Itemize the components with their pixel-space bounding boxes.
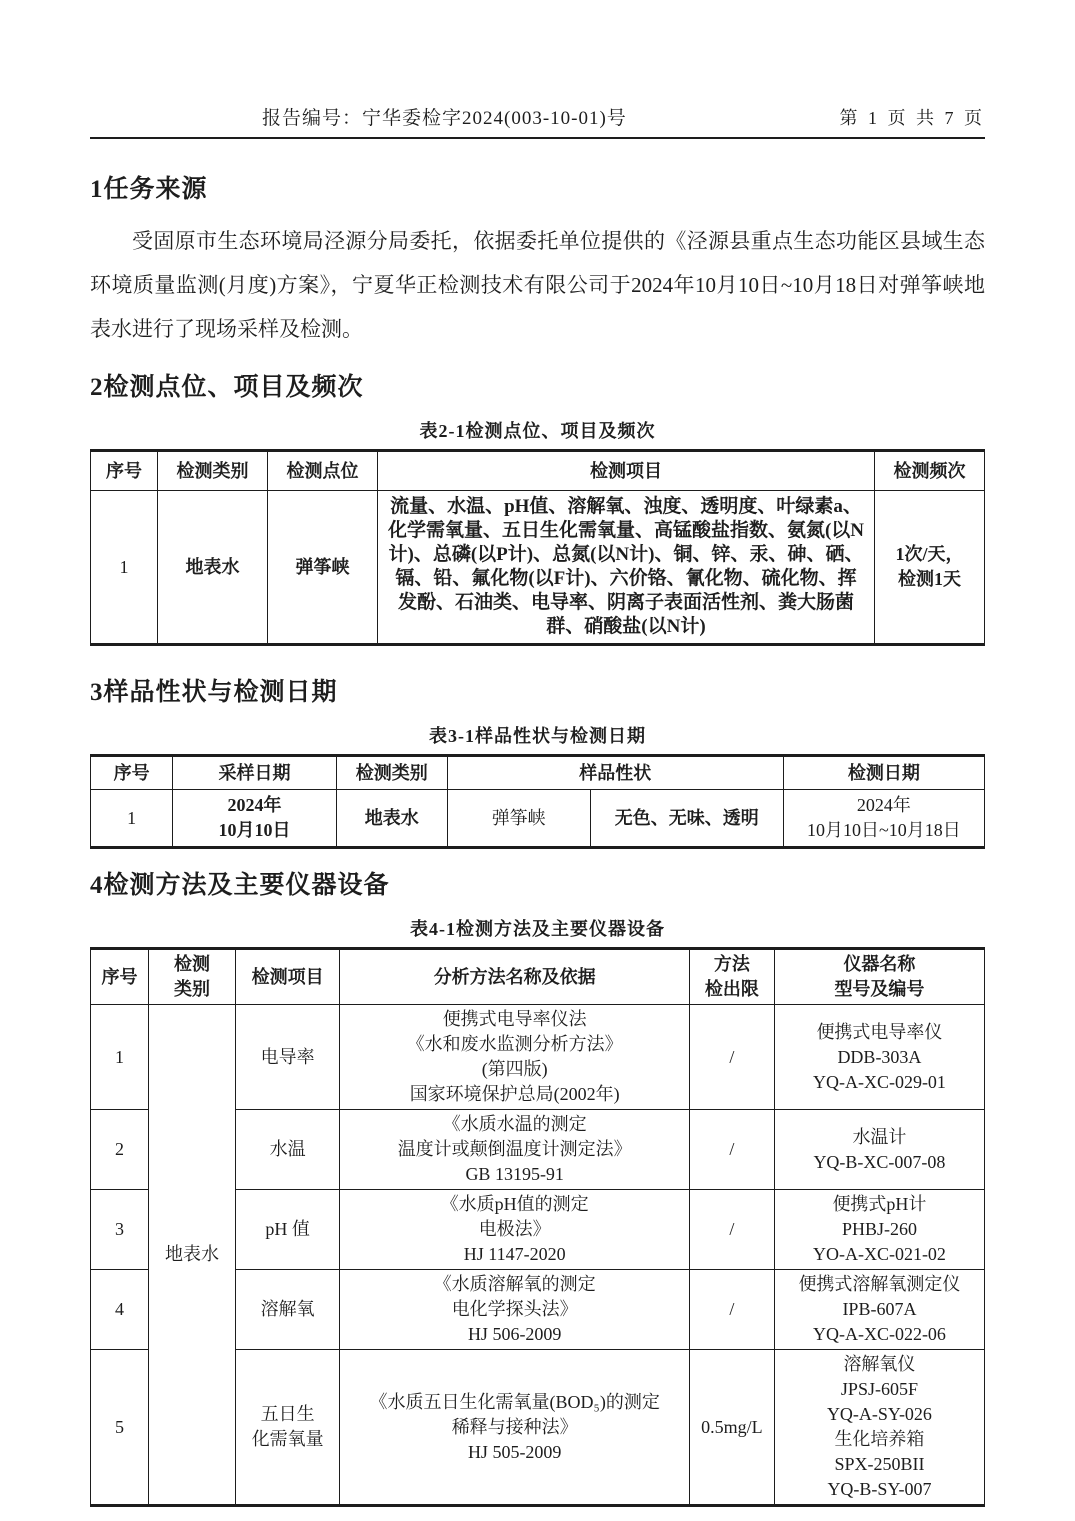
table4-header-no: 序号 bbox=[91, 949, 149, 1005]
table3-cell-test-date: 2024年 10月10日~10月18日 bbox=[783, 790, 984, 848]
table2-caption: 表2-1检测点位、项目及频次 bbox=[90, 417, 985, 443]
table4-cell-item: 水温 bbox=[235, 1110, 340, 1190]
table4-cell-instrument: 便携式溶解氧测定仪 IPB-607A YQ-A-XC-022-06 bbox=[774, 1270, 984, 1350]
table-row: 1 2024年 10月10日 地表水 弹筝峡 无色、无味、透明 2024年 10… bbox=[91, 790, 985, 848]
section4-heading: 4检测方法及主要仪器设备 bbox=[90, 865, 985, 901]
table4-cell-limit: / bbox=[689, 1270, 774, 1350]
report-number: 报告编号：宁华委检字2024(003-10-01)号 bbox=[262, 103, 627, 130]
table2-cell-frequency: 1次/天， 检测1天 bbox=[875, 491, 985, 645]
table4-cell-limit: / bbox=[689, 1110, 774, 1190]
table2-header-site: 检测点位 bbox=[268, 451, 378, 491]
section1-heading: 1任务来源 bbox=[90, 169, 985, 205]
table4-cell-instrument: 便携式电导率仪 DDB-303A YQ-A-XC-029-01 bbox=[774, 1005, 984, 1110]
table4-cell-limit: 0.5mg/L bbox=[689, 1350, 774, 1506]
table2-header-no: 序号 bbox=[91, 451, 158, 491]
table2-header-items: 检测项目 bbox=[377, 451, 874, 491]
table4-header-category: 检测 类别 bbox=[149, 949, 236, 1005]
report-page: 报告编号：宁华委检字2024(003-10-01)号 第 1 页 共 7 页 1… bbox=[0, 0, 1075, 1521]
table4-caption: 表4-1检测方法及主要仪器设备 bbox=[90, 915, 985, 941]
table4-cell-category: 地表水 bbox=[149, 1005, 236, 1506]
table4-cell-no: 3 bbox=[91, 1190, 149, 1270]
table3-caption: 表3-1样品性状与检测日期 bbox=[90, 722, 985, 748]
table4-cell-limit: / bbox=[689, 1005, 774, 1110]
table4-cell-method: 便携式电导率仪法 《水和废水监测分析方法》 (第四版) 国家环境保护总局(200… bbox=[340, 1005, 690, 1110]
table3-header-character: 样品性状 bbox=[447, 756, 783, 790]
table2-header-frequency: 检测频次 bbox=[875, 451, 985, 491]
table3-header-category: 检测类别 bbox=[336, 756, 447, 790]
table4-cell-limit: / bbox=[689, 1190, 774, 1270]
table3-cell-no: 1 bbox=[91, 790, 173, 848]
table2-header-category: 检测类别 bbox=[158, 451, 268, 491]
table2-cell-items: 流量、水温、pH值、溶解氧、浊度、透明度、叶绿素a、化学需氧量、五日生化需氧量、… bbox=[377, 491, 874, 645]
table4-cell-no: 2 bbox=[91, 1110, 149, 1190]
section2-heading: 2检测点位、项目及频次 bbox=[90, 367, 985, 403]
table4-cell-method: 《水质pH值的测定 电极法》 HJ 1147-2020 bbox=[340, 1190, 690, 1270]
table4-header-limit: 方法 检出限 bbox=[689, 949, 774, 1005]
table2-cell-category: 地表水 bbox=[158, 491, 268, 645]
table4-cell-method: 《水质五日生化需氧量(BOD₅)的测定 稀释与接种法》 HJ 505-2009 bbox=[340, 1350, 690, 1506]
table4-cell-method: 《水质水温的测定 温度计或颠倒温度计测定法》 GB 13195-91 bbox=[340, 1110, 690, 1190]
table4-cell-no: 5 bbox=[91, 1350, 149, 1506]
table-row: 1 地表水 电导率 便携式电导率仪法 《水和废水监测分析方法》 (第四版) 国家… bbox=[91, 1005, 985, 1110]
table3-cell-site: 弹筝峡 bbox=[447, 790, 590, 848]
table3-header-no: 序号 bbox=[91, 756, 173, 790]
table-row: 1 地表水 弹筝峡 流量、水温、pH值、溶解氧、浊度、透明度、叶绿素a、化学需氧… bbox=[91, 491, 985, 645]
table2-cell-no: 1 bbox=[91, 491, 158, 645]
table4-cell-item: pH 值 bbox=[235, 1190, 340, 1270]
table-4-1: 序号 检测 类别 检测项目 分析方法名称及依据 方法 检出限 仪器名称 型号及编… bbox=[90, 947, 985, 1507]
table4-header-item: 检测项目 bbox=[235, 949, 340, 1005]
table3-header-sampling-date: 采样日期 bbox=[173, 756, 337, 790]
table-3-1: 序号 采样日期 检测类别 样品性状 检测日期 1 2024年 10月10日 地表… bbox=[90, 754, 985, 849]
task-source-paragraph: 受固原市生态环境局泾源分局委托，依据委托单位提供的《泾源县重点生态功能区县域生态… bbox=[90, 219, 985, 351]
table4-header-method: 分析方法名称及依据 bbox=[340, 949, 690, 1005]
table4-cell-item: 溶解氧 bbox=[235, 1270, 340, 1350]
table-2-1: 序号 检测类别 检测点位 检测项目 检测频次 1 地表水 弹筝峡 流量、水温、p… bbox=[90, 449, 985, 646]
table3-header-row: 序号 采样日期 检测类别 样品性状 检测日期 bbox=[91, 756, 985, 790]
table4-cell-method: 《水质溶解氧的测定 电化学探头法》 HJ 506-2009 bbox=[340, 1270, 690, 1350]
page-header: 报告编号：宁华委检字2024(003-10-01)号 第 1 页 共 7 页 bbox=[90, 103, 985, 139]
table4-cell-no: 4 bbox=[91, 1270, 149, 1350]
table3-header-test-date: 检测日期 bbox=[783, 756, 984, 790]
table3-cell-sampling-date: 2024年 10月10日 bbox=[173, 790, 337, 848]
table3-cell-character: 无色、无味、透明 bbox=[590, 790, 783, 848]
page-indicator: 第 1 页 共 7 页 bbox=[840, 104, 986, 130]
table4-header-row: 序号 检测 类别 检测项目 分析方法名称及依据 方法 检出限 仪器名称 型号及编… bbox=[91, 949, 985, 1005]
table4-header-instrument: 仪器名称 型号及编号 bbox=[774, 949, 984, 1005]
table3-cell-category: 地表水 bbox=[336, 790, 447, 848]
table2-header-row: 序号 检测类别 检测点位 检测项目 检测频次 bbox=[91, 451, 985, 491]
section3-heading: 3样品性状与检测日期 bbox=[90, 672, 985, 708]
table2-cell-site: 弹筝峡 bbox=[268, 491, 378, 645]
table4-cell-instrument: 水温计 YQ-B-XC-007-08 bbox=[774, 1110, 984, 1190]
table4-cell-instrument: 溶解氧仪 JPSJ-605F YQ-A-SY-026 生化培养箱 SPX-250… bbox=[774, 1350, 984, 1506]
table4-cell-no: 1 bbox=[91, 1005, 149, 1110]
table4-cell-item: 五日生 化需氧量 bbox=[235, 1350, 340, 1506]
table4-cell-item: 电导率 bbox=[235, 1005, 340, 1110]
table4-cell-instrument: 便携式pH计 PHBJ-260 YO-A-XC-021-02 bbox=[774, 1190, 984, 1270]
